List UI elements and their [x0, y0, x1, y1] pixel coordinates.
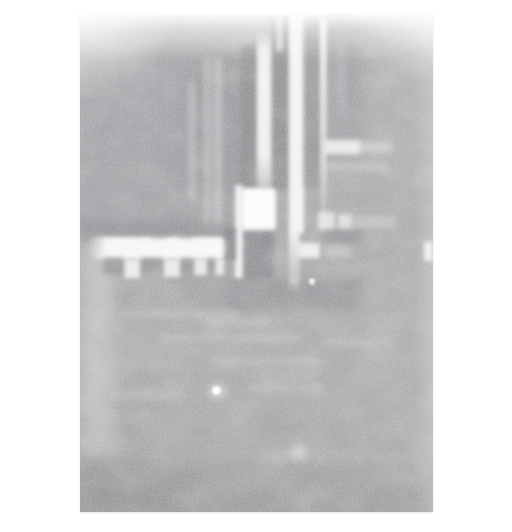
water-streak-1 — [120, 310, 240, 318]
piling-tab-1 — [124, 259, 140, 278]
paper-background — [0, 0, 512, 532]
water-streak-3 — [160, 334, 300, 342]
light-rail-below — [324, 245, 352, 258]
dark-knob — [224, 228, 236, 260]
piling-tab-2 — [164, 259, 180, 277]
rail-band-3-ext — [352, 216, 396, 228]
dark-strip-a — [241, 45, 258, 192]
dark-column-lower — [245, 231, 274, 278]
piling-tab-3 — [194, 259, 207, 275]
faint-pole-3 — [214, 57, 222, 230]
faint-pole-2 — [203, 57, 212, 230]
water-streak-8 — [108, 390, 185, 400]
quay-highlight — [87, 237, 228, 259]
dark-zone-left-ext — [180, 280, 232, 308]
faint-pole-1 — [188, 80, 196, 200]
piling-shadow-4 — [208, 257, 215, 271]
rail-band-1-ext — [358, 142, 393, 152]
rail-band-2 — [324, 163, 388, 171]
piling-shadow-2 — [142, 257, 162, 273]
rail-band-1 — [324, 140, 360, 154]
water-streak-2 — [205, 318, 270, 326]
diffuse-spot — [290, 445, 308, 460]
photograph — [80, 13, 433, 512]
rail-band-3a — [318, 212, 335, 230]
rail-band-3b — [338, 214, 352, 229]
photo-features — [80, 13, 433, 512]
small-bright-dot — [309, 278, 315, 285]
bottom-left-smudge — [80, 471, 195, 512]
dark-rail-band — [324, 230, 362, 244]
white-blob — [241, 188, 276, 231]
left-edge-mottle — [80, 248, 114, 453]
piling-shadow-3 — [182, 257, 193, 272]
right-edge-fade — [413, 13, 433, 512]
piling-tab-4 — [215, 259, 224, 275]
bright-band-nub — [298, 243, 320, 258]
quay-bump-1 — [152, 228, 166, 238]
water-streak-6 — [90, 360, 180, 370]
quay-bump-2 — [180, 229, 193, 238]
bright-band-tail — [289, 278, 299, 292]
water-streak-5 — [210, 357, 320, 366]
water-streak-7 — [250, 384, 322, 392]
water-streak-9 — [255, 452, 420, 462]
water-streak-4 — [325, 338, 392, 346]
bright-dot — [212, 386, 221, 395]
piling-shadow-1 — [104, 257, 123, 275]
top-left-corner-fade — [80, 13, 175, 103]
